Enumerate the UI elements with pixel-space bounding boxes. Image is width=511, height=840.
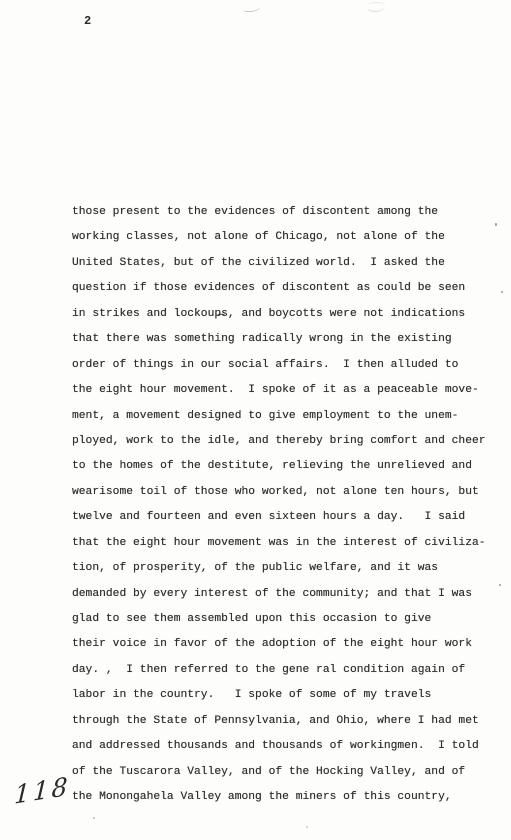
typed-line: United States, but of the civilized worl…: [72, 251, 502, 276]
typed-line: in strikes and lockoup̶s, and boycotts w…: [72, 302, 502, 327]
typed-line: working classes, not alone of Chicago, n…: [72, 225, 502, 250]
scanned-document-page: 2 those present to the evidences of disc…: [0, 0, 511, 840]
typed-line: the Monongahela Valley among the miners …: [72, 785, 502, 810]
typed-line: day. , I then referred to the gene ral c…: [72, 658, 502, 683]
typed-line: order of things in our social affairs. I…: [72, 353, 502, 378]
typed-line: of the Tuscarora Valley, and of the Hock…: [72, 760, 502, 785]
typed-line: glad to see them assembled upon this occ…: [72, 607, 502, 632]
typed-line: those present to the evidences of discon…: [72, 200, 502, 225]
typed-line: labor in the country. I spoke of some of…: [72, 683, 502, 708]
typed-line: ployed, work to the idle, and thereby br…: [72, 429, 502, 454]
typed-line: through the State of Pennsylvania, and O…: [72, 709, 502, 734]
scan-speck: [501, 291, 503, 293]
typed-line: tion, of prosperity, of the public welfa…: [72, 556, 502, 581]
scan-smudge-mark: [243, 4, 260, 12]
typed-line: question if those evidences of disconten…: [72, 276, 502, 301]
handwritten-page-annotation: 118: [14, 771, 72, 809]
scan-smudge-mark: [367, 2, 385, 13]
typed-line: and addressed thousands and thousands of…: [72, 734, 502, 759]
typed-line: ment, a movement designed to give employ…: [72, 404, 502, 429]
scan-speck: [499, 584, 501, 586]
typed-line: demanded by every interest of the commun…: [72, 582, 502, 607]
typed-text-block: those present to the evidences of discon…: [72, 200, 502, 811]
typed-line: wearisome toil of those who worked, not …: [72, 480, 502, 505]
typed-line: that the eight hour movement was in the …: [72, 531, 502, 556]
scan-speck: [93, 817, 95, 819]
typed-line: to the homes of the destitute, relieving…: [72, 454, 502, 479]
scan-speck: [306, 826, 308, 828]
typed-line: that there was something radically wrong…: [72, 327, 502, 352]
page-number: 2: [84, 14, 91, 28]
typed-line: the eight hour movement. I spoke of it a…: [72, 378, 502, 403]
typed-line: twelve and fourteen and even sixteen hou…: [72, 505, 502, 530]
typed-line: their voice in favor of the adoption of …: [72, 632, 502, 657]
